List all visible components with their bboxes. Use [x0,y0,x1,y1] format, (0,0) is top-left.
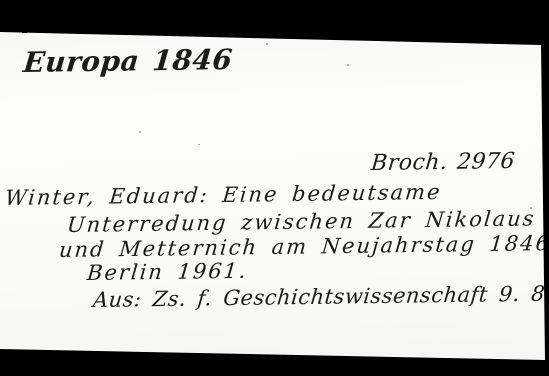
scan-speck [198,144,200,145]
scan-edge-notch [22,29,27,33]
scan-speck [175,59,177,60]
scan-speck [347,64,349,66]
scan-speck [139,131,141,133]
citation-line-imprint: Berlin 1961. [86,259,249,285]
citation-line-author-title: Winter, Eduard: Eine bedeutsame [4,180,443,210]
catalog-card: Europa 1846 Broch. 2976 Winter, Eduard: … [0,0,549,376]
scan-speck [530,207,532,209]
scan-background: Europa 1846 Broch. 2976 Winter, Eduard: … [0,0,549,376]
source-note: Aus: Zs. f. Geschichtswissenschaft 9. 8. [92,282,549,312]
shelfmark: Broch. 2976 [370,149,516,176]
subject-heading: Europa 1846 [22,43,234,79]
scan-speck [266,43,268,45]
